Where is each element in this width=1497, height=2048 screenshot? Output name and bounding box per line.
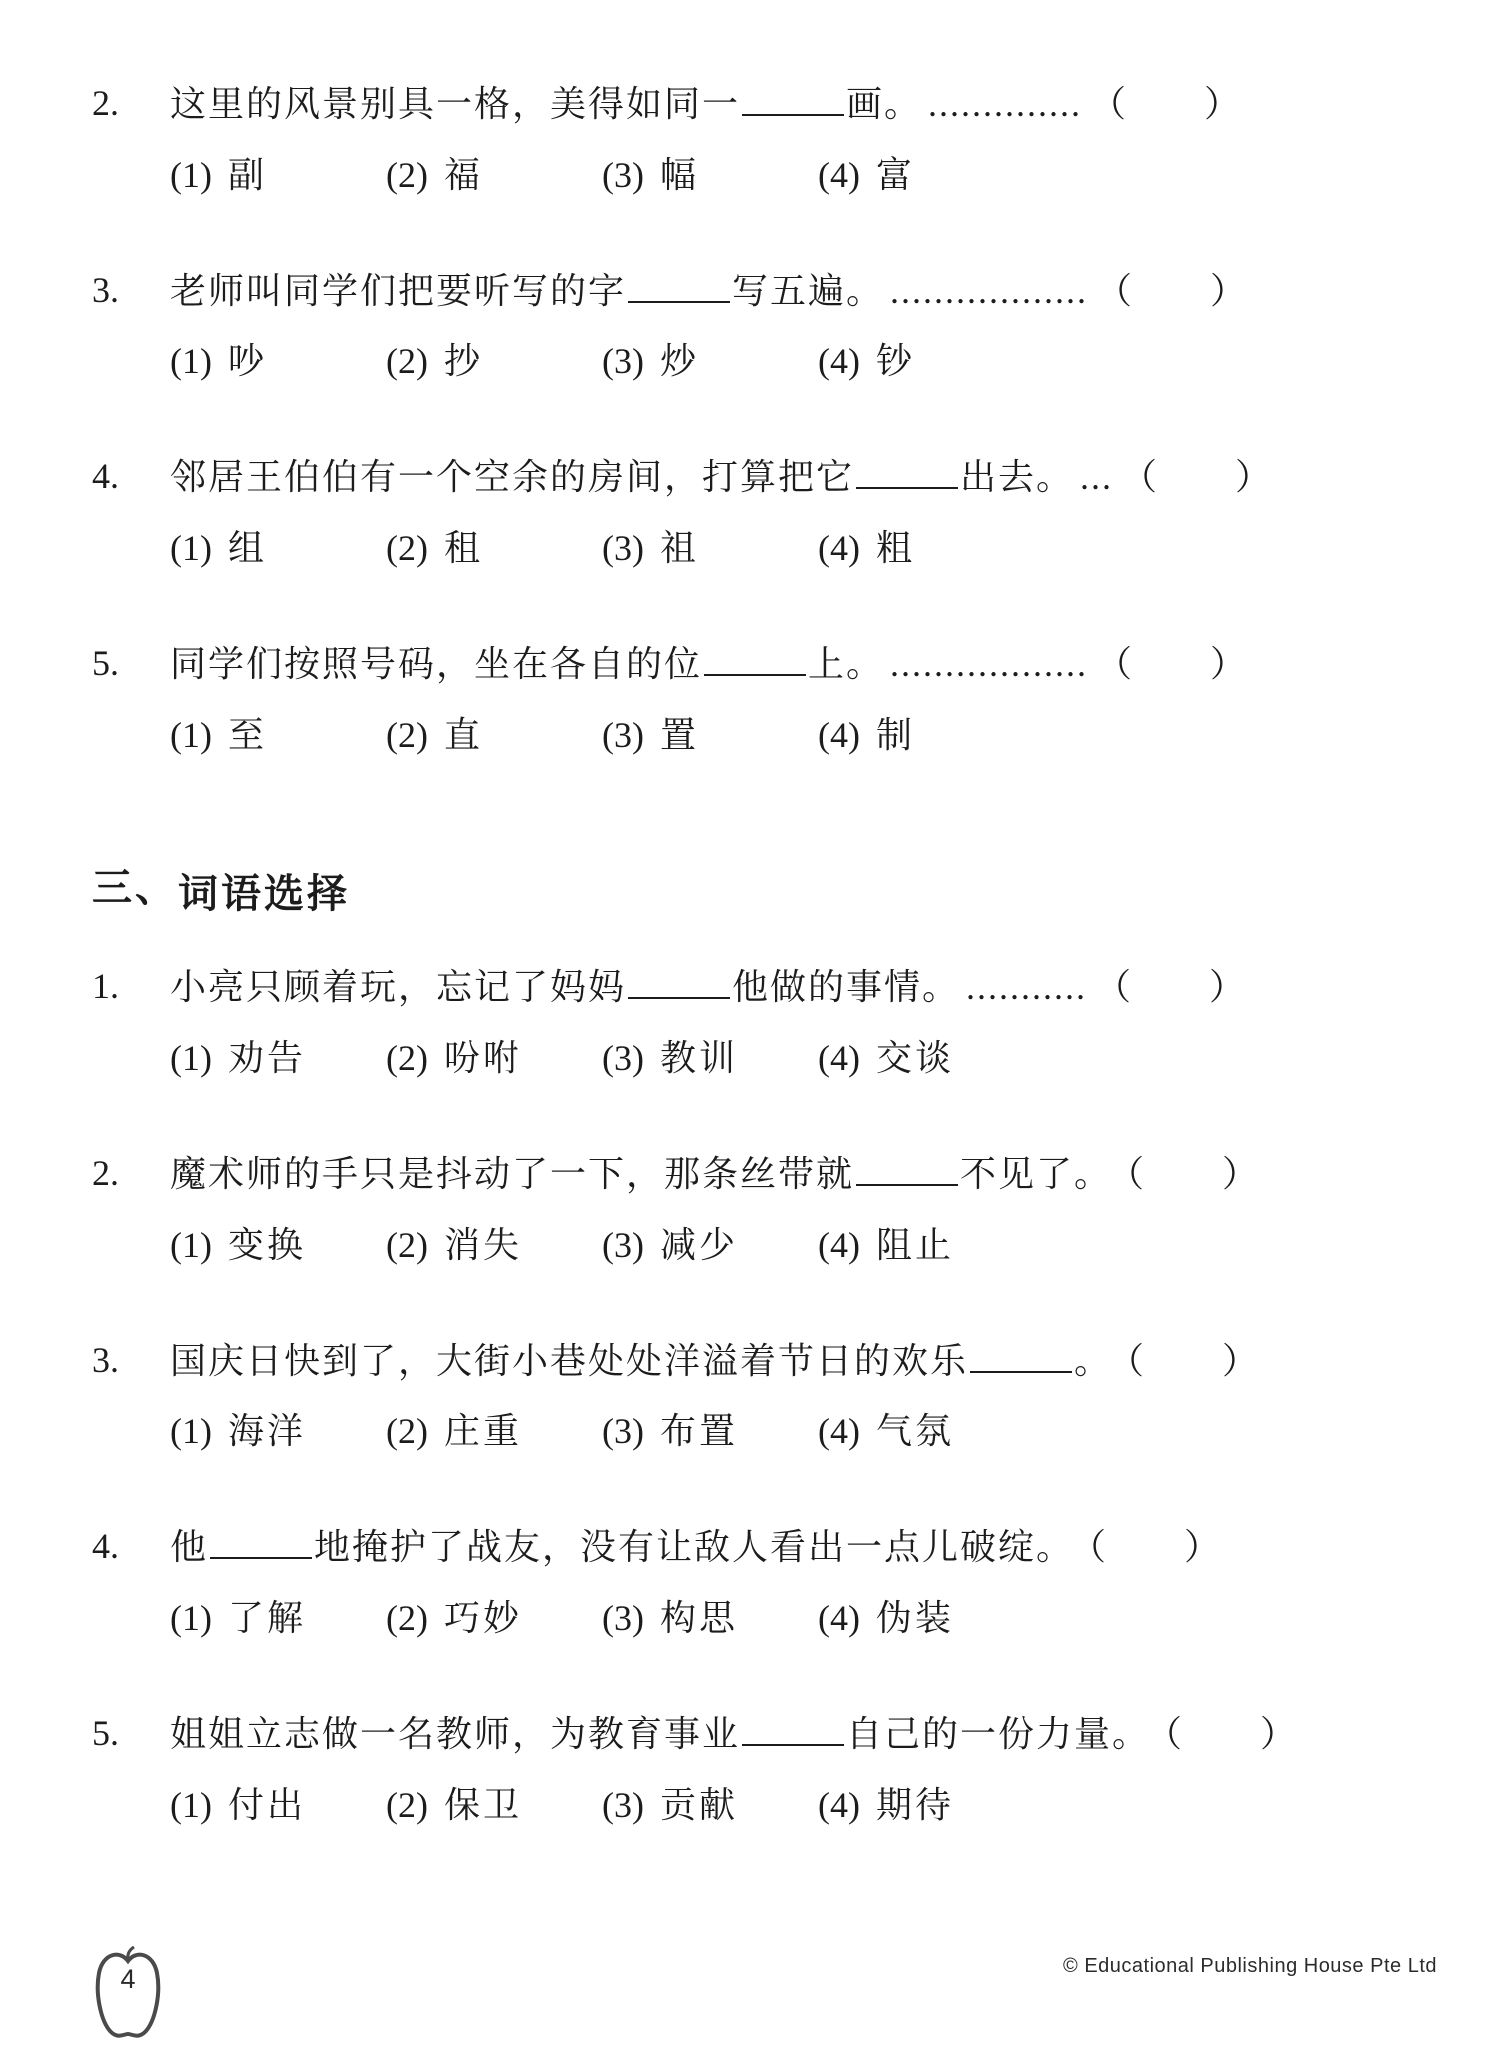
question-text: 国庆日快到了，大街小巷处处洋溢着节日的欢乐。（ ） [170, 1337, 1437, 1385]
options-row: (1)付出 (2)保卫 (3)贡献 (4)期待 [170, 1782, 1437, 1829]
option-text: 庄重 [444, 1411, 522, 1451]
options-row: (1)变换 (2)消失 (3)减少 (4)阻止 [170, 1222, 1437, 1269]
option-label: (2) [386, 1038, 428, 1078]
question-post-text: 。 [1074, 1341, 1112, 1381]
option-text: 海洋 [228, 1411, 306, 1451]
options-row: (1)了解 (2)巧妙 (3)构思 (4)伪装 [170, 1595, 1437, 1642]
option: (1)海洋 [170, 1408, 386, 1455]
option-label: (3) [602, 1598, 644, 1638]
options-row: (1)劝告 (2)吩咐 (3)教训 (4)交谈 [170, 1035, 1437, 1082]
option-label: (2) [386, 155, 428, 195]
option: (2)直 [386, 712, 602, 759]
option-text: 福 [444, 155, 483, 195]
option: (1)变换 [170, 1222, 386, 1269]
option-label: (1) [170, 1038, 212, 1078]
option: (4)气氛 [818, 1408, 1437, 1455]
question-pre-text: 邻居王伯伯有一个空余的房间，打算把它 [170, 457, 854, 497]
answer-bracket: （ ） [1126, 1154, 1260, 1194]
answer-blank [856, 453, 958, 489]
option-text: 气氛 [876, 1411, 954, 1451]
question: 3. 老师叫同学们把要听写的字写五遍。..................（ ）… [92, 267, 1437, 386]
option-text: 期待 [876, 1785, 954, 1825]
answer-bracket: （ ） [1095, 967, 1247, 1007]
option: (4)交谈 [818, 1035, 1437, 1082]
question-post-text: 上。 [808, 644, 884, 684]
option-text: 了解 [228, 1598, 306, 1638]
option-label: (2) [386, 528, 428, 568]
option: (2)吩咐 [386, 1035, 602, 1082]
option-text: 教训 [660, 1038, 738, 1078]
question: 2. 魔术师的手只是抖动了一下，那条丝带就不见了。（ ） (1)变换 (2)消失… [92, 1150, 1437, 1269]
option-label: (1) [170, 528, 212, 568]
answer-bracket: （ ） [1088, 1527, 1222, 1567]
question-post-text: 写五遍。 [732, 271, 884, 311]
question: 5. 姐姐立志做一名教师，为教育事业自己的一份力量。（ ） (1)付出 (2)保… [92, 1710, 1437, 1829]
option-text: 伪装 [876, 1598, 954, 1638]
question-text: 他地掩护了战友，没有让敌人看出一点儿破绽。（ ） [170, 1523, 1437, 1571]
option-text: 吵 [228, 341, 267, 381]
option-label: (4) [818, 528, 860, 568]
option-text: 变换 [228, 1225, 306, 1265]
option-label: (4) [818, 341, 860, 381]
option-label: (4) [818, 1225, 860, 1265]
answer-blank [856, 1150, 958, 1186]
question: 4. 他地掩护了战友，没有让敌人看出一点儿破绽。（ ） (1)了解 (2)巧妙 … [92, 1523, 1437, 1642]
option-label: (3) [602, 1785, 644, 1825]
question-post-text: 地掩护了战友，没有让敌人看出一点儿破绽。 [314, 1527, 1074, 1567]
options-row: (1)至 (2)直 (3)置 (4)制 [170, 712, 1437, 759]
question-post-text: 出去。 [960, 457, 1074, 497]
section-title: 三、 词语选择 [92, 862, 1437, 919]
question-pre-text: 这里的风景别具一格，美得如同一 [170, 84, 740, 124]
answer-blank [970, 1337, 1072, 1373]
option-text: 制 [876, 715, 915, 755]
question-text: 老师叫同学们把要听写的字写五遍。..................（ ） [170, 267, 1437, 315]
option-text: 钞 [876, 341, 915, 381]
page-number-badge: 4 [90, 1946, 166, 2042]
option-text: 劝告 [228, 1038, 306, 1078]
option: (4)期待 [818, 1782, 1437, 1829]
section-title-label: 词语选择 [178, 862, 350, 919]
option-label: (1) [170, 1225, 212, 1265]
option-text: 富 [876, 155, 915, 195]
option-label: (2) [386, 715, 428, 755]
question-pre-text: 老师叫同学们把要听写的字 [170, 271, 626, 311]
question-body: 同学们按照号码，坐在各自的位上。..................（ ） (1… [170, 640, 1437, 759]
answer-blank [742, 80, 844, 116]
option-label: (2) [386, 1598, 428, 1638]
option-label: (4) [818, 155, 860, 195]
question-number: 1. [92, 963, 170, 1082]
option-text: 巧妙 [444, 1598, 522, 1638]
option-text: 粗 [876, 528, 915, 568]
option-text: 阻止 [876, 1225, 954, 1265]
question-text: 同学们按照号码，坐在各自的位上。..................（ ） [170, 640, 1437, 688]
question-body: 老师叫同学们把要听写的字写五遍。..................（ ） (1… [170, 267, 1437, 386]
option-label: (3) [602, 1225, 644, 1265]
option: (2)福 [386, 152, 602, 199]
answer-bracket: （ ） [1096, 271, 1248, 311]
option-text: 祖 [660, 528, 699, 568]
question-pre-text: 他 [170, 1527, 208, 1567]
question-body: 国庆日快到了，大街小巷处处洋溢着节日的欢乐。（ ） (1)海洋 (2)庄重 (3… [170, 1337, 1437, 1456]
option: (1)付出 [170, 1782, 386, 1829]
option-label: (1) [170, 715, 212, 755]
option-text: 置 [660, 715, 699, 755]
option-text: 至 [228, 715, 267, 755]
option: (3)幅 [602, 152, 818, 199]
answer-bracket: （ ） [1164, 1714, 1298, 1754]
option-text: 消失 [444, 1225, 522, 1265]
option-label: (4) [818, 1038, 860, 1078]
option-text: 副 [228, 155, 267, 195]
question-number: 2. [92, 1150, 170, 1269]
dot-leader: .................. [890, 644, 1088, 684]
options-row: (1)吵 (2)抄 (3)炒 (4)钞 [170, 338, 1437, 385]
page-number: 4 [90, 1964, 166, 1995]
option: (3)教训 [602, 1035, 818, 1082]
question-body: 小亮只顾着玩，忘记了妈妈他做的事情。...........（ ） (1)劝告 (… [170, 963, 1437, 1082]
option: (1)劝告 [170, 1035, 386, 1082]
answer-blank [704, 640, 806, 676]
question-post-text: 他做的事情。 [732, 967, 960, 1007]
option-text: 减少 [660, 1225, 738, 1265]
option-label: (3) [602, 715, 644, 755]
option: (4)阻止 [818, 1222, 1437, 1269]
question-text: 小亮只顾着玩，忘记了妈妈他做的事情。...........（ ） [170, 963, 1437, 1011]
copyright-text: © Educational Publishing House Pte Ltd [1063, 1955, 1437, 1978]
question: 1. 小亮只顾着玩，忘记了妈妈他做的事情。...........（ ） (1)劝… [92, 963, 1437, 1082]
dot-leader: ... [1080, 457, 1113, 497]
option: (2)巧妙 [386, 1595, 602, 1642]
option-text: 布置 [660, 1411, 738, 1451]
dot-leader: .............. [928, 84, 1082, 124]
option-label: (2) [386, 1411, 428, 1451]
question-number: 5. [92, 640, 170, 759]
question-text: 这里的风景别具一格，美得如同一画。..............（ ） [170, 80, 1437, 128]
option: (4)伪装 [818, 1595, 1437, 1642]
option-label: (1) [170, 155, 212, 195]
option-text: 幅 [660, 155, 699, 195]
option-text: 炒 [660, 341, 699, 381]
option-text: 组 [228, 528, 267, 568]
question-pre-text: 姐姐立志做一名教师，为教育事业 [170, 1714, 740, 1754]
answer-bracket: （ ） [1121, 457, 1273, 497]
option-label: (3) [602, 341, 644, 381]
option-label: (1) [170, 1785, 212, 1825]
option: (3)炒 [602, 338, 818, 385]
option: (1)组 [170, 525, 386, 572]
question-pre-text: 国庆日快到了，大街小巷处处洋溢着节日的欢乐 [170, 1341, 968, 1381]
option-text: 租 [444, 528, 483, 568]
dot-leader: ........... [966, 967, 1087, 1007]
answer-bracket: （ ） [1096, 644, 1248, 684]
question-text: 邻居王伯伯有一个空余的房间，打算把它出去。...（ ） [170, 453, 1437, 501]
question-body: 姐姐立志做一名教师，为教育事业自己的一份力量。（ ） (1)付出 (2)保卫 (… [170, 1710, 1437, 1829]
question: 2. 这里的风景别具一格，美得如同一画。..............（ ） (1… [92, 80, 1437, 199]
option-text: 付出 [228, 1785, 306, 1825]
option-label: (3) [602, 528, 644, 568]
question-post-text: 画。 [846, 84, 922, 124]
options-row: (1)副 (2)福 (3)幅 (4)富 [170, 152, 1437, 199]
option: (4)粗 [818, 525, 1437, 572]
option-text: 构思 [660, 1598, 738, 1638]
answer-bracket: （ ） [1126, 1341, 1260, 1381]
option-label: (4) [818, 1785, 860, 1825]
option: (4)钞 [818, 338, 1437, 385]
option: (2)抄 [386, 338, 602, 385]
options-row: (1)海洋 (2)庄重 (3)布置 (4)气氛 [170, 1408, 1437, 1455]
answer-blank [210, 1523, 312, 1559]
option-label: (1) [170, 1411, 212, 1451]
option-label: (4) [818, 1598, 860, 1638]
question-number: 5. [92, 1710, 170, 1829]
option: (3)置 [602, 712, 818, 759]
question-number: 4. [92, 453, 170, 572]
option: (2)保卫 [386, 1782, 602, 1829]
question: 4. 邻居王伯伯有一个空余的房间，打算把它出去。...（ ） (1)组 (2)租… [92, 453, 1437, 572]
option-text: 保卫 [444, 1785, 522, 1825]
option: (3)减少 [602, 1222, 818, 1269]
question-pre-text: 同学们按照号码，坐在各自的位 [170, 644, 702, 684]
option: (2)消失 [386, 1222, 602, 1269]
answer-blank [628, 267, 730, 303]
option: (1)至 [170, 712, 386, 759]
option: (1)副 [170, 152, 386, 199]
option: (4)制 [818, 712, 1437, 759]
option-label: (2) [386, 1785, 428, 1825]
option-label: (2) [386, 1225, 428, 1265]
question-body: 邻居王伯伯有一个空余的房间，打算把它出去。...（ ） (1)组 (2)租 (3… [170, 453, 1437, 572]
option-label: (2) [386, 341, 428, 381]
option-label: (3) [602, 1038, 644, 1078]
option: (4)富 [818, 152, 1437, 199]
option-text: 抄 [444, 341, 483, 381]
option-text: 吩咐 [444, 1038, 522, 1078]
question-text: 魔术师的手只是抖动了一下，那条丝带就不见了。（ ） [170, 1150, 1437, 1198]
option: (3)祖 [602, 525, 818, 572]
dot-leader: .................. [890, 271, 1088, 311]
question-text: 姐姐立志做一名教师，为教育事业自己的一份力量。（ ） [170, 1710, 1437, 1758]
question: 5. 同学们按照号码，坐在各自的位上。..................（ ）… [92, 640, 1437, 759]
option: (2)租 [386, 525, 602, 572]
option: (1)吵 [170, 338, 386, 385]
option: (1)了解 [170, 1595, 386, 1642]
question-pre-text: 小亮只顾着玩，忘记了妈妈 [170, 967, 626, 1007]
question-post-text: 不见了。 [960, 1154, 1112, 1194]
question-pre-text: 魔术师的手只是抖动了一下，那条丝带就 [170, 1154, 854, 1194]
answer-blank [742, 1710, 844, 1746]
question-number: 3. [92, 1337, 170, 1456]
page-content: 2. 这里的风景别具一格，美得如同一画。..............（ ） (1… [0, 0, 1497, 1828]
option-label: (3) [602, 1411, 644, 1451]
option: (3)构思 [602, 1595, 818, 1642]
option-text: 交谈 [876, 1038, 954, 1078]
question-body: 魔术师的手只是抖动了一下，那条丝带就不见了。（ ） (1)变换 (2)消失 (3… [170, 1150, 1437, 1269]
worksheet-page: 2. 这里的风景别具一格，美得如同一画。..............（ ） (1… [0, 0, 1497, 2048]
option: (3)布置 [602, 1408, 818, 1455]
question-body: 这里的风景别具一格，美得如同一画。..............（ ） (1)副 … [170, 80, 1437, 199]
question-body: 他地掩护了战友，没有让敌人看出一点儿破绽。（ ） (1)了解 (2)巧妙 (3)… [170, 1523, 1437, 1642]
option-label: (4) [818, 1411, 860, 1451]
option-label: (1) [170, 1598, 212, 1638]
option: (2)庄重 [386, 1408, 602, 1455]
option-label: (4) [818, 715, 860, 755]
answer-blank [628, 963, 730, 999]
section-number: 三、 [92, 862, 178, 919]
option-text: 贡献 [660, 1785, 738, 1825]
question: 3. 国庆日快到了，大街小巷处处洋溢着节日的欢乐。（ ） (1)海洋 (2)庄重… [92, 1337, 1437, 1456]
options-row: (1)组 (2)租 (3)祖 (4)粗 [170, 525, 1437, 572]
question-post-text: 自己的一份力量。 [846, 1714, 1150, 1754]
question-number: 2. [92, 80, 170, 199]
option: (3)贡献 [602, 1782, 818, 1829]
option-label: (1) [170, 341, 212, 381]
answer-bracket: （ ） [1090, 84, 1242, 124]
option-text: 直 [444, 715, 483, 755]
question-number: 3. [92, 267, 170, 386]
option-label: (3) [602, 155, 644, 195]
question-number: 4. [92, 1523, 170, 1642]
